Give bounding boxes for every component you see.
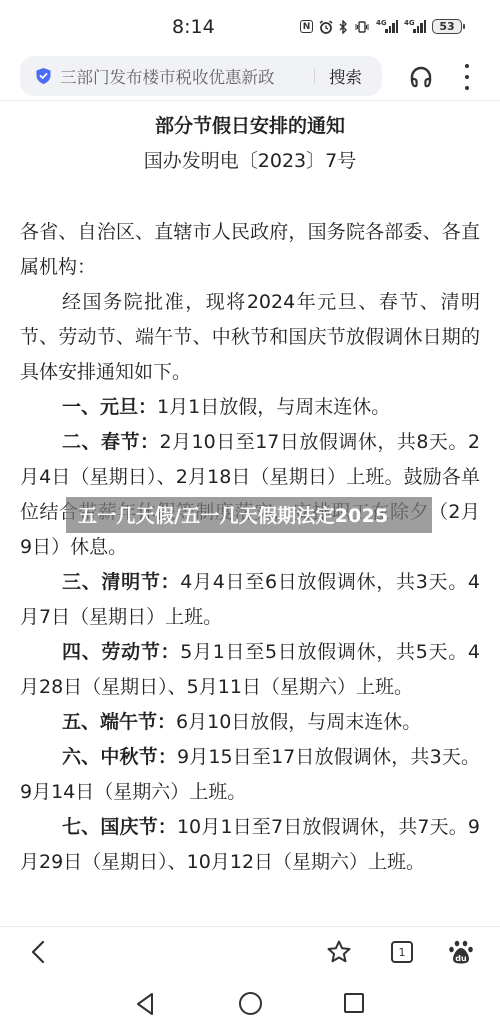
- battery-icon: 53: [432, 19, 465, 34]
- holiday-heading: 五、端午节：: [62, 711, 176, 733]
- search-input[interactable]: 三部门发布楼市税收优惠新政: [60, 64, 300, 88]
- bluetooth-icon: [339, 20, 348, 34]
- intro-paragraph: 经国务院批准，现将2024年元旦、春节、清明节、劳动节、端午节、中秋节和国庆节放…: [20, 285, 480, 390]
- status-bar: 8:14 N 4G 4G 53: [0, 0, 500, 50]
- battery-level: 53: [432, 19, 462, 34]
- search-box[interactable]: 三部门发布楼市税收优惠新政 搜索: [20, 56, 382, 96]
- nfc-icon: N: [300, 20, 313, 33]
- holiday-item: 五、端午节：6月10日放假，与周末连休。: [20, 705, 480, 740]
- browser-bottom-toolbar: 1 du: [0, 926, 500, 978]
- search-button[interactable]: 搜索: [329, 64, 362, 88]
- svg-text:du: du: [455, 954, 467, 963]
- status-time: 8:14: [172, 16, 215, 38]
- alarm-icon: [319, 20, 333, 34]
- holiday-item: 一、元旦：1月1日放假，与周末连休。: [20, 390, 480, 425]
- holiday-text: 1月1日放假，与周末连休。: [157, 396, 390, 418]
- status-icons: N 4G 4G 53: [300, 19, 465, 34]
- tabs-count-button[interactable]: 1: [391, 941, 413, 963]
- more-menu-icon[interactable]: [462, 62, 472, 92]
- signal-4g-sim2-icon: 4G: [404, 20, 426, 33]
- nav-home-circle-icon[interactable]: [239, 992, 262, 1015]
- system-navigation-bar: [0, 978, 500, 1031]
- document-body: 各省、自治区、直辖市人民政府，国务院各部委、各直属机构： 经国务院批准，现将20…: [0, 215, 500, 880]
- browser-header: 三部门发布楼市税收优惠新政 搜索: [0, 56, 500, 98]
- nav-recents-square-icon[interactable]: [344, 993, 364, 1013]
- nav-back-triangle-icon[interactable]: [134, 992, 156, 1016]
- headphones-icon[interactable]: [408, 64, 434, 90]
- holiday-heading: 四、劳动节：: [62, 641, 180, 663]
- back-arrow-icon[interactable]: [28, 939, 50, 965]
- holiday-item: 四、劳动节：5月1日至5日放假调休，共5天。4月28日（星期日）、5月11日（星…: [20, 635, 480, 705]
- holiday-text: 6月10日放假，与周末连休。: [176, 711, 421, 733]
- holiday-heading: 六、中秋节：: [62, 746, 177, 768]
- search-divider: [314, 68, 315, 84]
- holiday-heading: 二、春节：: [62, 431, 159, 453]
- security-shield-icon: [35, 67, 52, 85]
- holiday-item: 六、中秋节：9月15日至17日放假调休，共3天。9月14日（星期六）上班。: [20, 740, 480, 810]
- holiday-item: 三、清明节：4月4日至6日放假调休，共3天。4月7日（星期日）上班。: [20, 565, 480, 635]
- document-title: 部分节假日安排的通知: [0, 109, 500, 143]
- header-divider: [0, 100, 500, 101]
- document-number: 国办发明电〔2023〕7号: [0, 143, 500, 179]
- vibrate-icon: [354, 20, 370, 34]
- holiday-item: 二、春节：2月10日至17日放假调休，共8天。2月4日（星期日）、2月18日（星…: [20, 425, 480, 565]
- holiday-item: 七、国庆节：10月1日至7日放假调休，共7天。9月29日（星期日）、10月12日…: [20, 810, 480, 880]
- holiday-heading: 三、清明节：: [62, 571, 180, 593]
- overlay-caption-text: 五一几天假/五一几天假期法定2025: [78, 501, 388, 528]
- favorite-star-icon[interactable]: [326, 939, 352, 965]
- salutation: 各省、自治区、直辖市人民政府，国务院各部委、各直属机构：: [20, 215, 480, 285]
- holiday-heading: 七、国庆节：: [62, 816, 177, 838]
- holiday-heading: 一、元旦：: [62, 396, 157, 418]
- baidu-paw-icon[interactable]: du: [448, 939, 474, 965]
- signal-4g-sim1-icon: 4G: [376, 20, 398, 33]
- overlay-caption-banner: 五一几天假/五一几天假期法定2025: [66, 497, 432, 533]
